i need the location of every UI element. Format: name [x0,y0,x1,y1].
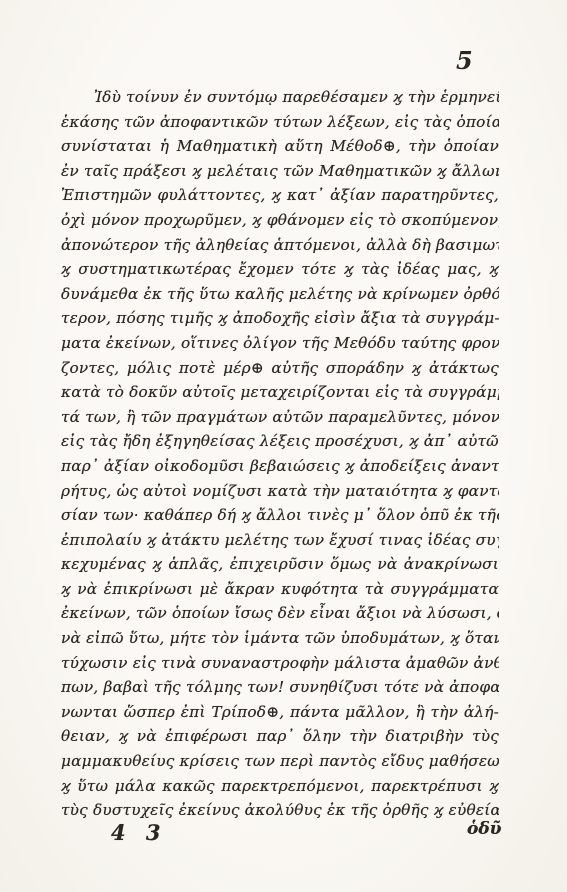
text-line: νὰ εἰπῶ ὕτω, μήτε τὸν ἱμάντα τῶν ὑποδυμά… [61,626,499,651]
text-line: σίαν των· καθάπερ δή ϗ ἄλλοι τινὲς μ᾽ ὅλ… [61,503,499,528]
text-line: ἐν ταῖς πράξεσι ϗ μελέταις τῶν Μαθηματικ… [61,159,499,184]
text-line: κεχυμένας ϗ ἁπλᾶς, ἐπιχειρῦσιν ὅμως νὰ ἀ… [61,552,499,577]
text-line: ἑκάσης τῶν ἀποφαντικῶν τύτων λέξεων, εἰς… [61,110,499,135]
text-line: ζοντες, μόλις ποτὲ μέρ⊕ αὐτῆς σποράδην ϗ… [61,356,499,381]
text-line: ἐπιπολαίυ ϗ ἀτάκτυ μελέτης των ἔχυσί τιν… [61,528,499,553]
text-line: τύχωσιν εἰς τινὰ συναναστροφὴν μάλιστα ἀ… [61,651,499,676]
page-number: 5 [456,46,473,75]
text-line: τερον, πόσης τιμῆς ϗ ἀποδοχῆς εἰσὶν ἄξια… [61,306,499,331]
text-line: ϗ νὰ ἐπικρίνωσι μὲ ἄκραν κυφότητα τὰ συγ… [61,577,499,602]
scanned-book-page: 5 Ἰδὺ τοίνυν ἐν συντόμῳ παρεθέσαμεν ϗ τὴ… [0,0,567,892]
text-line: ἐκείνων, τῶν ὁποίων ἴσως δὲν εἶναι ἄξιοι… [61,601,499,626]
text-line: ϗ ὕτω μάλα κακῶς παρεκτρεπόμενοι, παρεκτ… [61,774,499,799]
text-line: ὀχὶ μόνον προχωρῦμεν, ϗ φθάνομεν εἰς τὸ … [61,208,499,233]
signature-mark: 4 3 [111,820,164,845]
text-line: θειαν, ϗ νὰ ἐπιφέρωσι παρ᾽ ὅλην τὴν διατ… [61,724,499,749]
page-text-block: Ἰδὺ τοίνυν ἐν συντόμῳ παρεθέσαμεν ϗ τὴν … [61,85,499,823]
text-line: Ἰδὺ τοίνυν ἐν συντόμῳ παρεθέσαμεν ϗ τὴν … [61,85,499,110]
text-line: πων, βαβαὶ τῆς τόλμης των! συνηθίζυσι τό… [61,675,499,700]
catchword: ὁδῦ [467,819,501,839]
text-line: Ἐπιστημῶν φυλάττοντες, ϗ κατ᾽ ἀξίαν παρα… [61,183,499,208]
text-line: παρ᾽ ἀξίαν οἰκοδομῦσι βεβαιώσεις ϗ ἀποδε… [61,454,499,479]
text-line: εἰς τὰς ἤδη ἐξηγηθείσας λέξεις προσέχυσι… [61,429,499,454]
text-line: συνίσταται ἡ Μαθηματικὴ αὕτη Μέθοδ⊕, τὴν… [61,134,499,159]
text-line: ματα ἐκείνων, οἵτινες ὀλίγον τῆς Μεθόδυ … [61,331,499,356]
text-line: ϗ συστηματικωτέρας ἔχομεν τότε ϗ τὰς ἰδέ… [61,257,499,282]
text-line: δυνάμεθα ἐκ τῆς ὕτω καλῆς μελέτης νὰ κρί… [61,282,499,307]
text-line: τά των, ἢ τῶν πραγμάτων αὐτῶν παραμελῦντ… [61,405,499,430]
text-line: μαμμακυθείυς κρίσεις των περὶ παντὸς εἴδ… [61,749,499,774]
text-line: κατὰ τὸ δοκῦν αὐτοῖς μεταχειρίζονται εἰς… [61,380,499,405]
text-line: νωνται ὥσπερ ἐπὶ Τρίποδ⊕, πάντα μᾶλλον, … [61,700,499,725]
text-line: ἀπονώτερον τῆς ἀληθείας ἁπτόμενοι, ἀλλὰ … [61,233,499,258]
text-line: ρήτυς, ὡς αὐτοὶ νομίζυσι κατὰ τὴν ματαιό… [61,479,499,504]
